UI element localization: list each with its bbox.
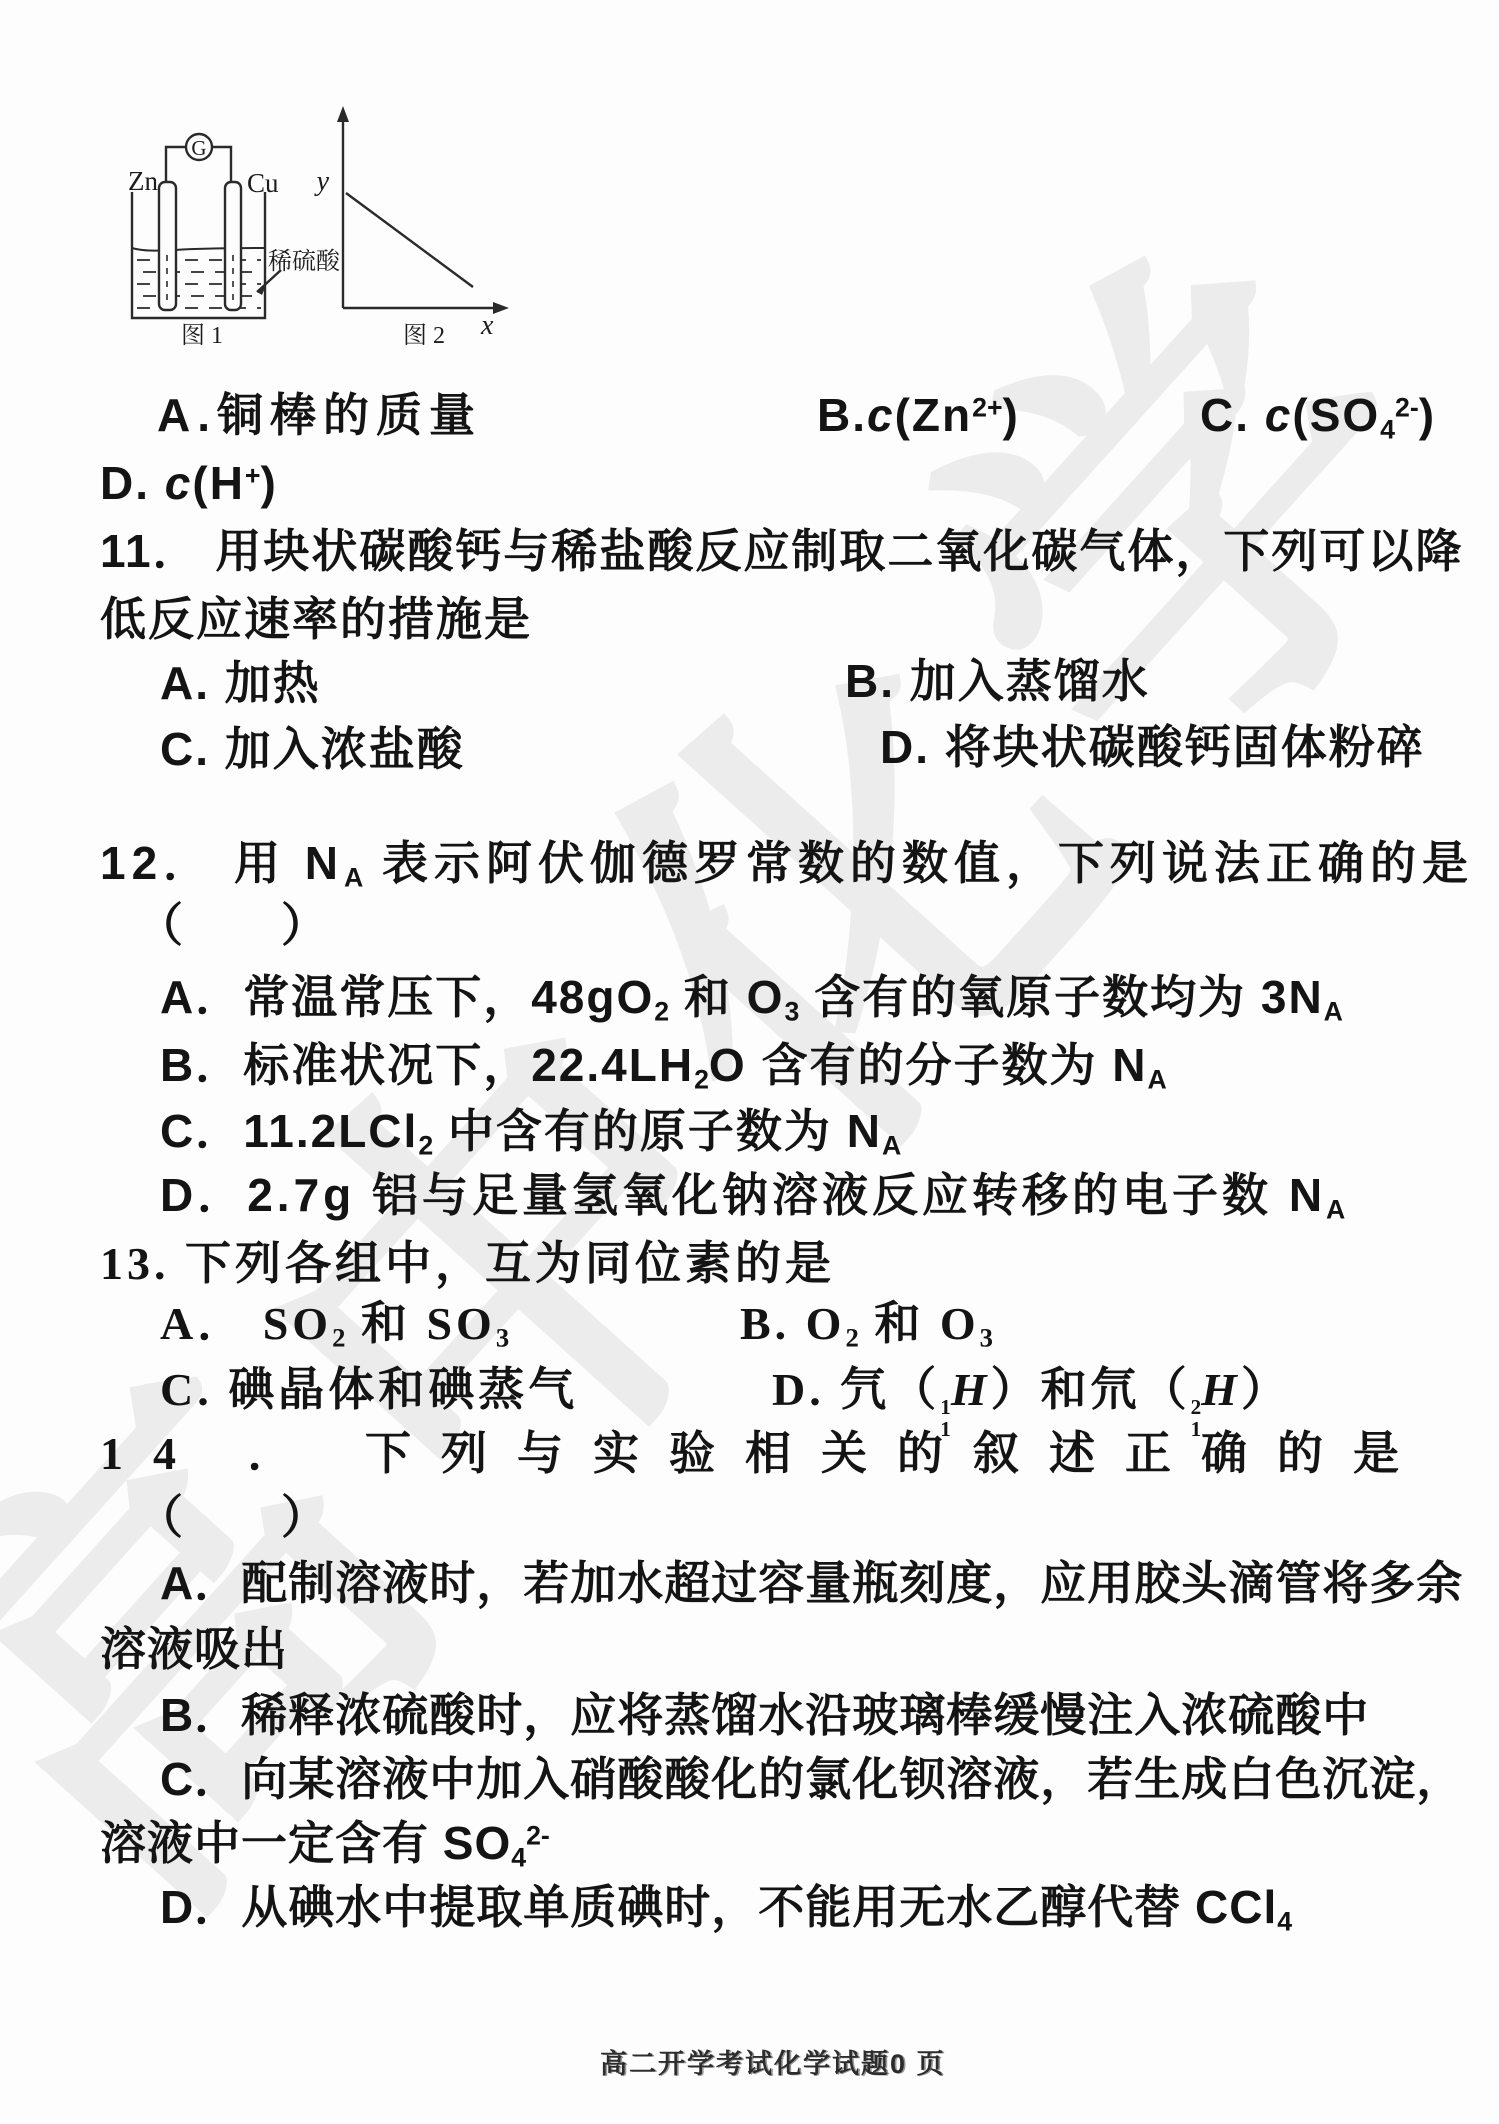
figure-galvanic-cell-and-graph: G Zn Cu y x 稀硫酸 图 1 图 2 [85, 80, 525, 370]
y-axis-arrowhead [337, 106, 349, 122]
q12-option-c: C．11.2LCl2 中含有的原子数为 NA [160, 1106, 901, 1161]
declining-curve [346, 193, 473, 287]
galvanometer-label: G [191, 136, 206, 160]
prev-question-option-d: D. c(H+) [100, 458, 278, 510]
q11-option-a: A. 加热 [160, 658, 321, 710]
q14-option-d: D．从碘水中提取单质碘时，不能用无水乙醇代替 CCl4 [160, 1882, 1292, 1937]
prev-question-option-b: B.c(Zn2+) [817, 390, 1020, 442]
q14-option-b: B．稀释浓硫酸时，应将蒸馏水沿玻璃棒缓慢注入浓硫酸中 [160, 1690, 1369, 1742]
figure1-drawing [132, 106, 509, 318]
q13-option-a: A． SO2 和 SO3 [160, 1298, 509, 1353]
solution-label: 稀硫酸 [268, 248, 341, 275]
page-footer: 高二开学考试化学试题0 页 [600, 2042, 946, 2081]
q11-stem-line1: 11． 用块状碳酸钙与稀盐酸反应制取二氧化碳气体，下列可以降 [100, 526, 1463, 578]
figure2-caption: 图 2 [403, 322, 445, 349]
prev-question-option-a: A.铜棒的质量 [157, 390, 482, 442]
q12-option-b: B．标准状况下，22.4LH2O 含有的分子数为 NA [160, 1040, 1167, 1095]
wire-left [166, 147, 186, 182]
y-axis-label: y [314, 166, 330, 197]
q13-stem: 13. 下列各组中，互为同位素的是 [100, 1238, 835, 1290]
q14-option-c-line1: C．向某溶液中加入硝酸酸化的氯化钡溶液，若生成白色沉淀， [160, 1754, 1463, 1806]
wire-right [212, 147, 231, 182]
exam-page: 高中化学 [0, 0, 1499, 2124]
x-axis-label: x [480, 310, 494, 341]
q13-option-c: C. 碘晶体和碘蒸气 [160, 1364, 578, 1416]
cu-label: Cu [247, 168, 279, 198]
prev-question-option-c: C. c(SO42-) [1200, 390, 1436, 445]
zinc-electrode [159, 182, 176, 310]
q11-option-d: D. 将块状碳酸钙固体粉碎 [880, 722, 1425, 774]
beaker [132, 192, 265, 318]
q14-option-a-line2: 溶液吸出 [100, 1624, 288, 1676]
x-axis-arrowhead [493, 302, 509, 314]
q12-option-a: A．常温常压下，48gO2 和 O3 含有的氧原子数均为 3NA [160, 972, 1343, 1027]
q13-option-b: B. O2 和 O3 [740, 1298, 993, 1353]
q11-option-b: B. 加入蒸馏水 [845, 656, 1150, 708]
copper-electrode [225, 182, 241, 310]
q14-option-c-line2: 溶液中一定含有 SO42- [100, 1818, 550, 1873]
q11-option-c: C. 加入浓盐酸 [160, 724, 465, 776]
liquid-hatching [137, 260, 261, 308]
footer-page-number: 0 页 [890, 2049, 946, 2079]
q14-option-a-line1: A．配制溶液时，若加水超过容量瓶刻度，应用胶头滴管将多余 [160, 1558, 1463, 1610]
figure1-caption: 图 1 [181, 322, 223, 349]
q12-stem-line1: 12． 用 NA 表示阿伏伽德罗常数的数值，下列说法正确的是 [100, 838, 1474, 893]
zn-label: Zn [128, 166, 158, 196]
q14-stem-line1: 14 ． 下列与实验相关的叙述正确的是 [100, 1428, 1429, 1480]
q14-answer-parentheses: （ ） [137, 1492, 329, 1544]
q11-stem-line2: 低反应速率的措施是 [100, 594, 532, 646]
q12-option-d: D．2.7g 铝与足量氢氧化钠溶液反应转移的电子数 NA [160, 1170, 1345, 1225]
liquid-surface [132, 248, 265, 251]
q12-answer-parentheses: （ ） [137, 900, 329, 952]
footer-title: 高二开学考试化学试题 [600, 2049, 890, 2079]
